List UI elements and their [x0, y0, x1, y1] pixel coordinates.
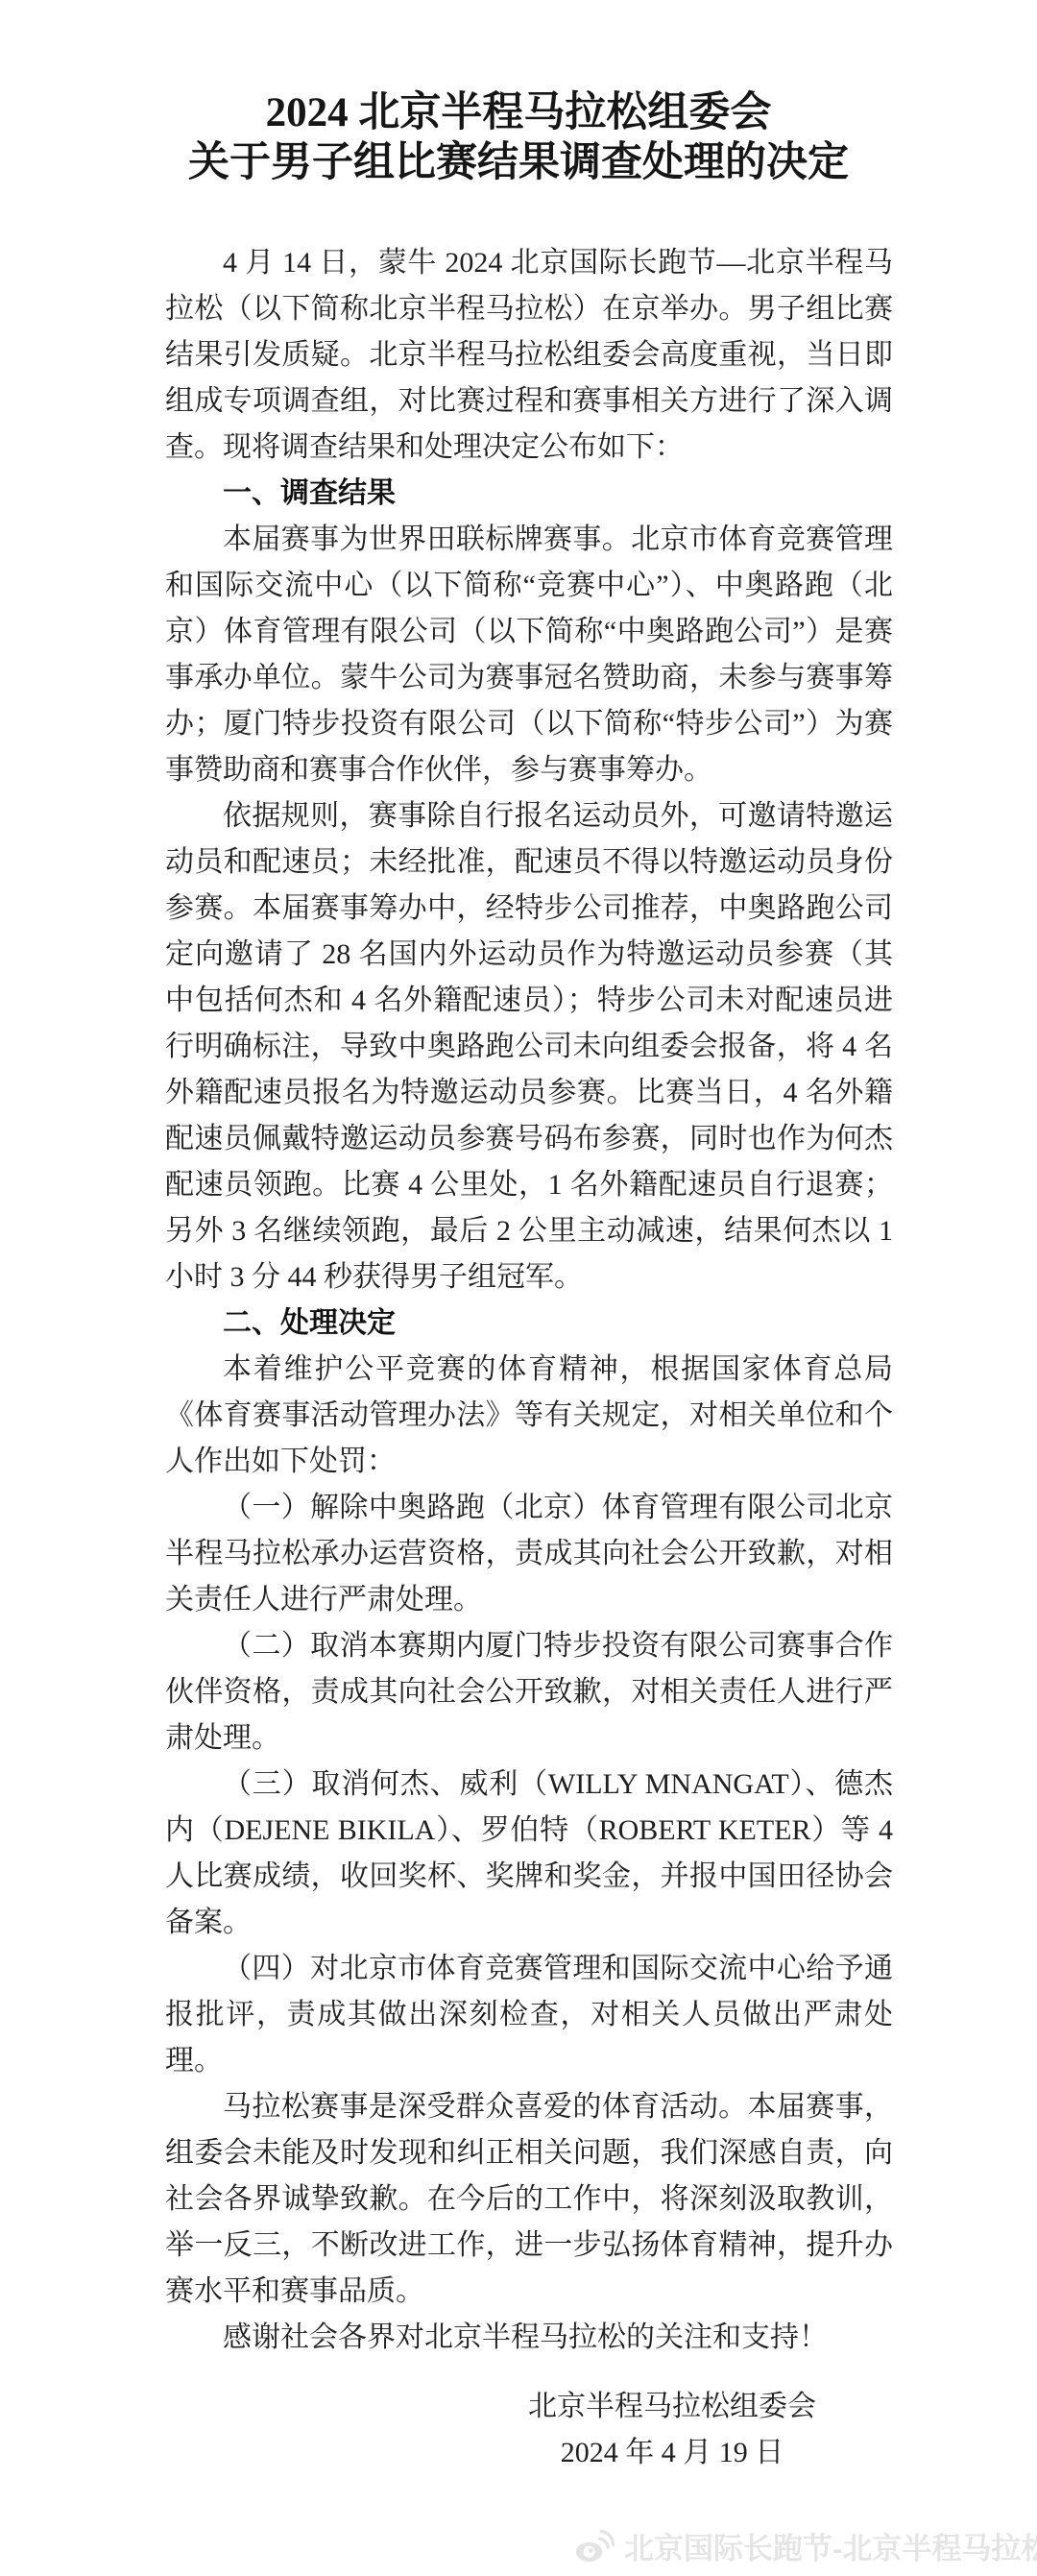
title-line-2: 关于男子组比赛结果调查处理的决定: [0, 138, 1037, 188]
signature-date: 2024 年 4 月 19 日: [523, 2430, 821, 2476]
paragraph: 马拉松赛事是深受群众喜爱的体育活动。本届赛事，组委会未能及时发现和纠正相关问题，…: [165, 2084, 893, 2315]
watermark-text: 北京国际长跑节-北京半程马拉松: [624, 2524, 1037, 2567]
paragraph: 依据规则，赛事除自行报名运动员外，可邀请特邀运动员和配速员；未经批准，配速员不得…: [165, 793, 893, 1300]
paragraph: （二）取消本赛期内厦门特步投资有限公司赛事合作伙伴资格，责成其向社会公开致歉，对…: [165, 1623, 893, 1762]
document-page: 2024 北京半程马拉松组委会 关于男子组比赛结果调查处理的决定 4 月 14 …: [0, 0, 1037, 2576]
section-heading: 一、调查结果: [165, 471, 893, 517]
paragraph: 本着维护公平竞赛的体育精神，根据国家体育总局《体育赛事活动管理办法》等有关规定，…: [165, 1347, 893, 1485]
weibo-icon: [574, 2528, 616, 2564]
section-heading: 二、处理决定: [165, 1300, 893, 1347]
document-title: 2024 北京半程马拉松组委会 关于男子组比赛结果调查处理的决定: [0, 0, 1037, 188]
paragraph: 本届赛事为世界田联标牌赛事。北京市体育竞赛管理和国际交流中心（以下简称“竞赛中心…: [165, 517, 893, 793]
watermark: 北京国际长跑节-北京半程马拉松: [574, 2524, 1037, 2567]
title-line-1: 2024 北京半程马拉松组委会: [0, 88, 1037, 138]
paragraph: 感谢社会各界对北京半程马拉松的关注和支持！: [165, 2315, 893, 2361]
signature-org: 北京半程马拉松组委会: [523, 2384, 821, 2430]
signature-block: 北京半程马拉松组委会 2024 年 4 月 19 日: [523, 2384, 821, 2476]
paragraph: （三）取消何杰、威利（WILLY MNANGAT）、德杰内（DEJENE BIK…: [165, 1762, 893, 1946]
paragraph: （一）解除中奥路跑（北京）体育管理有限公司北京半程马拉松承办运营资格，责成其向社…: [165, 1485, 893, 1623]
paragraph: 4 月 14 日，蒙牛 2024 北京国际长跑节—北京半程马拉松（以下简称北京半…: [165, 240, 893, 471]
document-body: 4 月 14 日，蒙牛 2024 北京国际长跑节—北京半程马拉松（以下简称北京半…: [165, 240, 893, 2361]
paragraph: （四）对北京市体育竞赛管理和国际交流中心给予通报批评，责成其做出深刻检查，对相关…: [165, 1946, 893, 2084]
